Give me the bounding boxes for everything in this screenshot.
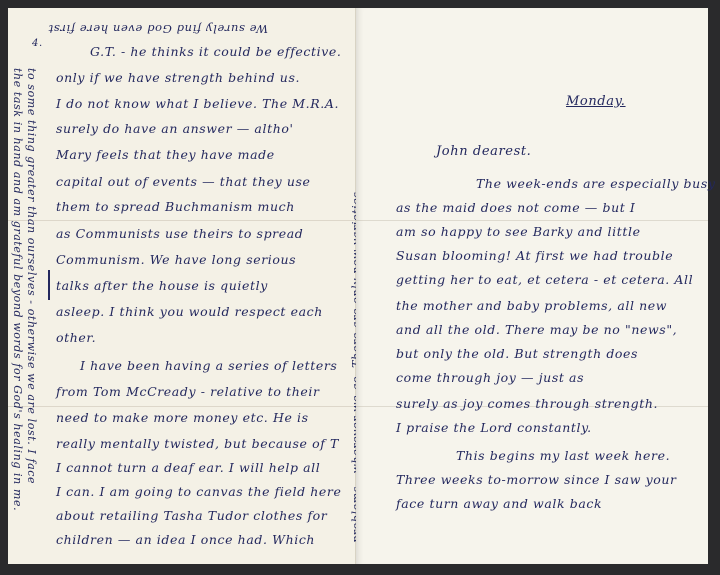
letter-line: surely as joy comes through strength. xyxy=(396,396,658,411)
letter-line: am so happy to see Barky and little xyxy=(396,224,641,239)
letter-line: surely do have an answer — altho' xyxy=(56,121,294,136)
letter-line: I have been having a series of letters xyxy=(80,358,337,373)
fold-crease xyxy=(8,220,355,221)
letter-line: come through joy — just as xyxy=(396,370,584,385)
letter-page-right: Monday. John dearest. The week-ends are … xyxy=(356,8,708,564)
letter-line: Susan blooming! At first we had trouble xyxy=(396,248,673,263)
letter-line: I do not know what I believe. The M.R.A. xyxy=(56,96,339,111)
fold-crease xyxy=(8,406,355,407)
upside-down-note: We surely find God even here first xyxy=(48,22,268,36)
letter-line: This begins my last week here. xyxy=(456,448,670,463)
letter-line: children — an idea I once had. Which xyxy=(56,532,315,547)
letter-line: getting her to eat, et cetera - et ceter… xyxy=(396,272,693,287)
letter-line: Mary feels that they have made xyxy=(56,147,275,162)
letter-line: asleep. I think you would respect each xyxy=(56,304,323,319)
fold-crease xyxy=(356,220,708,221)
letter-line: G.T. - he thinks it could be effective. xyxy=(90,44,341,59)
letter-line: as the maid does not come — but I xyxy=(396,200,635,215)
letter-line: them to spread Buchmanism much xyxy=(56,199,295,214)
letter-line: other. xyxy=(56,330,96,345)
letter-line: I cannot turn a deaf ear. I will help al… xyxy=(56,460,320,475)
letter-line: as Communists use theirs to spread xyxy=(56,226,303,241)
left-margin-note-2: the task in hand and am grateful beyond … xyxy=(11,68,24,511)
letter-line: capital out of events — that they use xyxy=(56,174,310,189)
letter-line: only if we have strength behind us. xyxy=(56,70,300,85)
letter-line: and all the old. There may be no "news", xyxy=(396,322,677,337)
margin-mark xyxy=(48,270,50,300)
letter-line: talks after the house is quietly xyxy=(56,278,268,293)
letter-line: I praise the Lord constantly. xyxy=(396,420,592,435)
letter-page-left: 4. We surely find God even here first to… xyxy=(8,8,356,564)
salutation: John dearest. xyxy=(436,144,531,159)
letter-line: but only the old. But strength does xyxy=(396,346,638,361)
letter-line: from Tom McCready - relative to their xyxy=(56,384,320,399)
letter-line: face turn away and walk back xyxy=(396,496,602,511)
letter-line: the mother and baby problems, all new xyxy=(396,298,667,313)
letter-line: need to make more money etc. He is xyxy=(56,410,309,425)
letter-line: Three weeks to-morrow since I saw your xyxy=(396,472,677,487)
letter-line: really mentally twisted, but because of … xyxy=(56,436,339,451)
page-number: 4. xyxy=(32,38,43,49)
letter-line: Communism. We have long serious xyxy=(56,252,296,267)
left-margin-note-1: to some thing greater than ourselves - o… xyxy=(25,68,38,484)
letter-line: I can. I am going to canvas the field he… xyxy=(56,484,342,499)
letter-line: The week-ends are especially busy xyxy=(476,176,716,191)
letter-line: about retailing Tasha Tudor clothes for xyxy=(56,508,327,523)
letter-date: Monday. xyxy=(566,94,626,109)
